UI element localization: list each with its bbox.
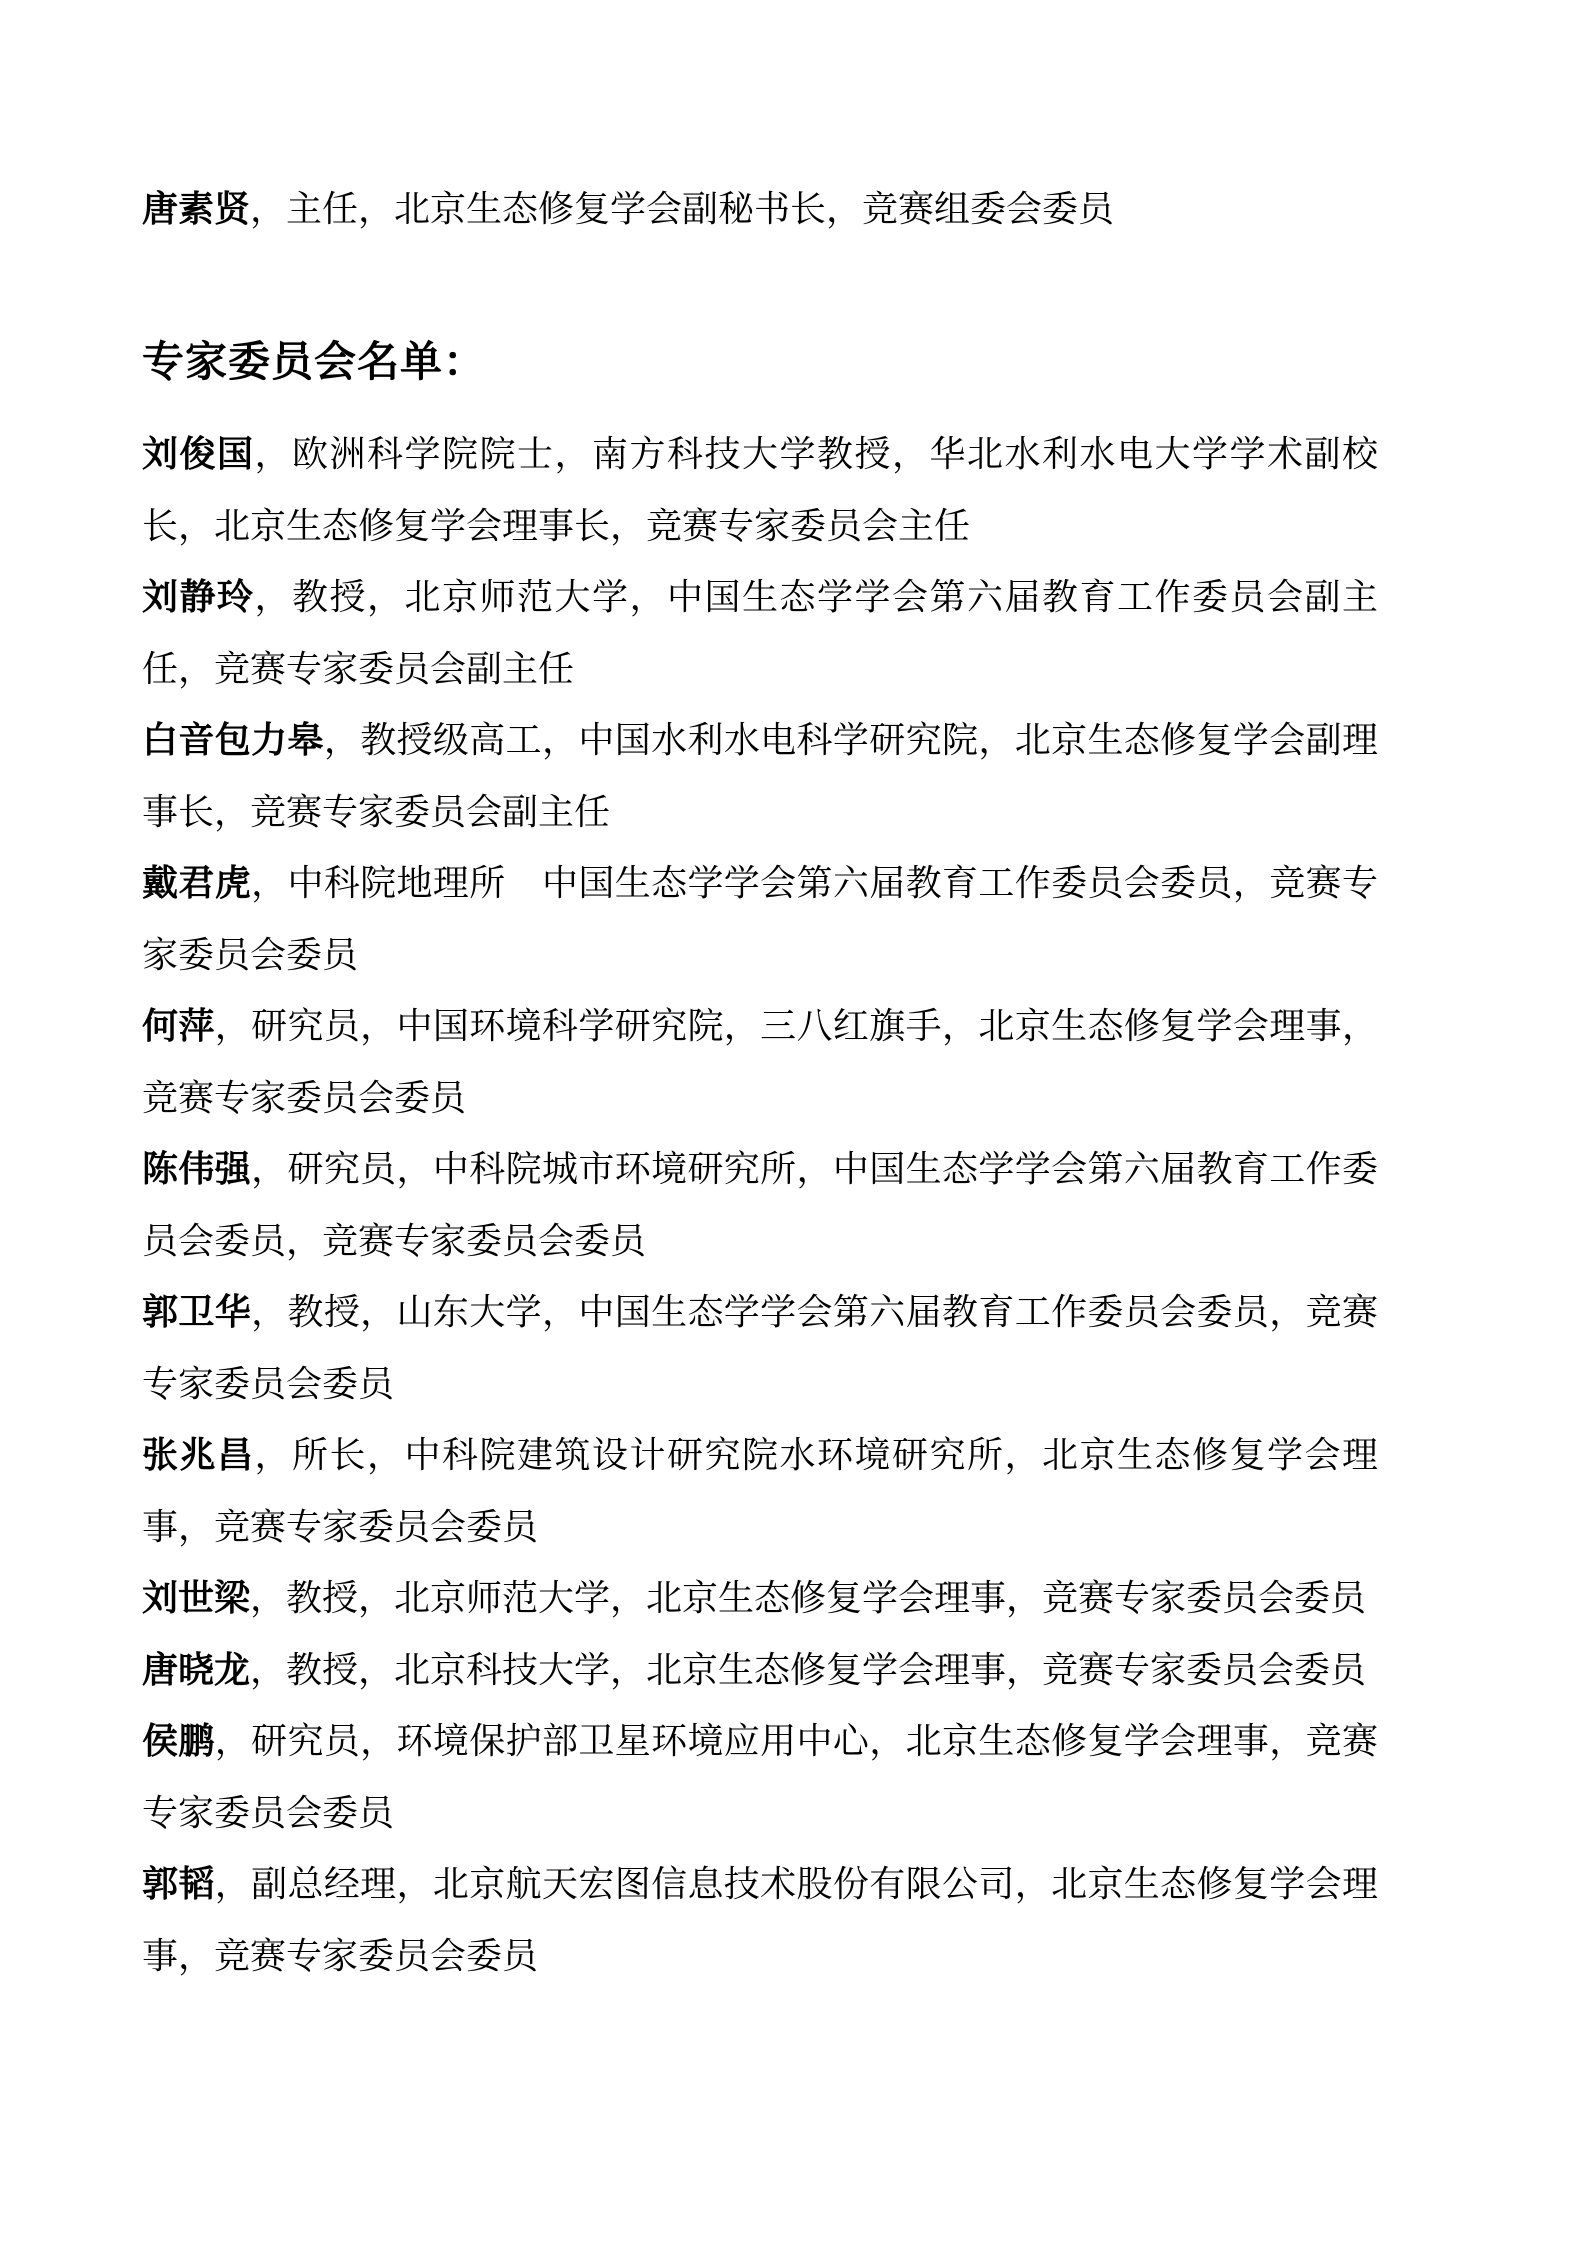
expert-entry: 刘世梁，教授，北京师范大学，北京生态修复学会理事，竞赛专家委员会委员 bbox=[142, 1563, 1378, 1635]
entry-line: 任，竞赛专家委员会副主任 bbox=[142, 634, 1378, 706]
entry-line: 戴君虎，中科院地理所 中国生态学学会第六届教育工作委员会委员，竞赛专 bbox=[142, 848, 1378, 920]
member-name: 白音包力皋 bbox=[142, 720, 324, 760]
member-name: 何萍 bbox=[142, 1006, 215, 1046]
entry-line: 白音包力皋，教授级高工，中国水利水电科学研究院，北京生态修复学会副理 bbox=[142, 705, 1378, 777]
member-role-text: ，研究员，环境保护部卫星环境应用中心，北京生态修复学会理事，竞赛 bbox=[215, 1721, 1378, 1761]
expert-entry: 郭韬，副总经理，北京航天宏图信息技术股份有限公司，北京生态修复学会理事，竞赛专家… bbox=[142, 1849, 1378, 1992]
member-name: 陈伟强 bbox=[142, 1149, 251, 1189]
entry-line: 事，竞赛专家委员会委员 bbox=[142, 1921, 1378, 1993]
member-role-text: ，教授级高工，中国水利水电科学研究院，北京生态修复学会副理 bbox=[324, 720, 1378, 760]
member-name: 张兆昌 bbox=[142, 1435, 255, 1475]
expert-entry: 刘静玲，教授，北京师范大学，中国生态学学会第六届教育工作委员会副主任，竞赛专家委… bbox=[142, 562, 1378, 705]
expert-list: 刘俊国，欧洲科学院院士，南方科技大学教授，华北水利水电大学学术副校长，北京生态修… bbox=[142, 419, 1378, 1992]
entry-line: 专家委员会委员 bbox=[142, 1349, 1378, 1421]
expert-entry: 刘俊国，欧洲科学院院士，南方科技大学教授，华北水利水电大学学术副校长，北京生态修… bbox=[142, 419, 1378, 562]
intro-paragraph: 唐素贤，主任，北京生态修复学会副秘书长，竞赛组委会委员 bbox=[142, 174, 1378, 246]
entry-line: 事，竞赛专家委员会委员 bbox=[142, 1492, 1378, 1564]
entry-line: 唐素贤，主任，北京生态修复学会副秘书长，竞赛组委会委员 bbox=[142, 174, 1378, 246]
expert-entry: 陈伟强，研究员，中科院城市环境研究所，中国生态学学会第六届教育工作委员会委员，竞… bbox=[142, 1134, 1378, 1277]
member-name: 戴君虎 bbox=[142, 863, 251, 903]
member-name: 刘静玲 bbox=[142, 577, 255, 617]
document-content: 唐素贤，主任，北京生态修复学会副秘书长，竞赛组委会委员 专家委员会名单： 刘俊国… bbox=[142, 174, 1378, 1992]
expert-entry: 侯鹏，研究员，环境保护部卫星环境应用中心，北京生态修复学会理事，竞赛专家委员会委… bbox=[142, 1706, 1378, 1849]
entry-line: 长，北京生态修复学会理事长，竞赛专家委员会主任 bbox=[142, 491, 1378, 563]
member-name: 郭韬 bbox=[142, 1864, 215, 1904]
member-name: 唐晓龙 bbox=[142, 1650, 250, 1690]
section-heading: 专家委员会名单： bbox=[142, 328, 1378, 400]
member-name: 郭卫华 bbox=[142, 1292, 251, 1332]
expert-entry: 戴君虎，中科院地理所 中国生态学学会第六届教育工作委员会委员，竞赛专家委员会委员 bbox=[142, 848, 1378, 991]
member-role-text: ，教授，北京师范大学，北京生态修复学会理事，竞赛专家委员会委员 bbox=[250, 1578, 1366, 1618]
entry-line: 刘世梁，教授，北京师范大学，北京生态修复学会理事，竞赛专家委员会委员 bbox=[142, 1563, 1378, 1635]
entry-line: 事长，竞赛专家委员会副主任 bbox=[142, 777, 1378, 849]
member-role-text: ，教授，北京科技大学，北京生态修复学会理事，竞赛专家委员会委员 bbox=[250, 1650, 1366, 1690]
expert-entry: 何萍，研究员，中国环境科学研究院，三八红旗手，北京生态修复学会理事，竞赛专家委员… bbox=[142, 991, 1378, 1134]
member-role-text: ，教授，山东大学，中国生态学学会第六届教育工作委员会委员，竞赛 bbox=[251, 1292, 1378, 1332]
member-role-text: ，所长，中科院建筑设计研究院水环境研究所，北京生态修复学会理 bbox=[255, 1435, 1378, 1475]
member-role-text: ，教授，北京师范大学，中国生态学学会第六届教育工作委员会副主 bbox=[255, 577, 1378, 617]
member-name: 刘俊国 bbox=[142, 434, 255, 474]
entry-line: 郭卫华，教授，山东大学，中国生态学学会第六届教育工作委员会委员，竞赛 bbox=[142, 1277, 1378, 1349]
entry-line: 唐晓龙，教授，北京科技大学，北京生态修复学会理事，竞赛专家委员会委员 bbox=[142, 1635, 1378, 1707]
entry-line: 员会委员，竞赛专家委员会委员 bbox=[142, 1206, 1378, 1278]
member-role-text: ，主任，北京生态修复学会副秘书长，竞赛组委会委员 bbox=[250, 189, 1114, 229]
expert-entry: 唐晓龙，教授，北京科技大学，北京生态修复学会理事，竞赛专家委员会委员 bbox=[142, 1635, 1378, 1707]
document-page: 唐素贤，主任，北京生态修复学会副秘书长，竞赛组委会委员 专家委员会名单： 刘俊国… bbox=[0, 0, 1586, 2245]
member-name: 刘世梁 bbox=[142, 1578, 250, 1618]
member-role-text: ，欧洲科学院院士，南方科技大学教授，华北水利水电大学学术副校 bbox=[255, 434, 1378, 474]
expert-entry: 郭卫华，教授，山东大学，中国生态学学会第六届教育工作委员会委员，竞赛专家委员会委… bbox=[142, 1277, 1378, 1420]
member-role-text: ，副总经理，北京航天宏图信息技术股份有限公司，北京生态修复学会理 bbox=[215, 1864, 1378, 1904]
member-role-text: ，研究员，中国环境科学研究院，三八红旗手，北京生态修复学会理事， bbox=[215, 1006, 1378, 1046]
member-name: 唐素贤 bbox=[142, 189, 250, 229]
expert-entry: 张兆昌，所长，中科院建筑设计研究院水环境研究所，北京生态修复学会理事，竞赛专家委… bbox=[142, 1420, 1378, 1563]
entry-line: 刘静玲，教授，北京师范大学，中国生态学学会第六届教育工作委员会副主 bbox=[142, 562, 1378, 634]
entry-line: 刘俊国，欧洲科学院院士，南方科技大学教授，华北水利水电大学学术副校 bbox=[142, 419, 1378, 491]
entry-line: 何萍，研究员，中国环境科学研究院，三八红旗手，北京生态修复学会理事， bbox=[142, 991, 1378, 1063]
entry-line: 侯鹏，研究员，环境保护部卫星环境应用中心，北京生态修复学会理事，竞赛 bbox=[142, 1706, 1378, 1778]
entry-line: 专家委员会委员 bbox=[142, 1778, 1378, 1850]
expert-entry: 白音包力皋，教授级高工，中国水利水电科学研究院，北京生态修复学会副理事长，竞赛专… bbox=[142, 705, 1378, 848]
entry-line: 陈伟强，研究员，中科院城市环境研究所，中国生态学学会第六届教育工作委 bbox=[142, 1134, 1378, 1206]
entry-line: 郭韬，副总经理，北京航天宏图信息技术股份有限公司，北京生态修复学会理 bbox=[142, 1849, 1378, 1921]
entry-line: 家委员会委员 bbox=[142, 920, 1378, 992]
entry-line: 竞赛专家委员会委员 bbox=[142, 1063, 1378, 1135]
member-role-text: ，中科院地理所 中国生态学学会第六届教育工作委员会委员，竞赛专 bbox=[251, 863, 1378, 903]
member-role-text: ，研究员，中科院城市环境研究所，中国生态学学会第六届教育工作委 bbox=[251, 1149, 1378, 1189]
member-name: 侯鹏 bbox=[142, 1721, 215, 1761]
entry-line: 张兆昌，所长，中科院建筑设计研究院水环境研究所，北京生态修复学会理 bbox=[142, 1420, 1378, 1492]
